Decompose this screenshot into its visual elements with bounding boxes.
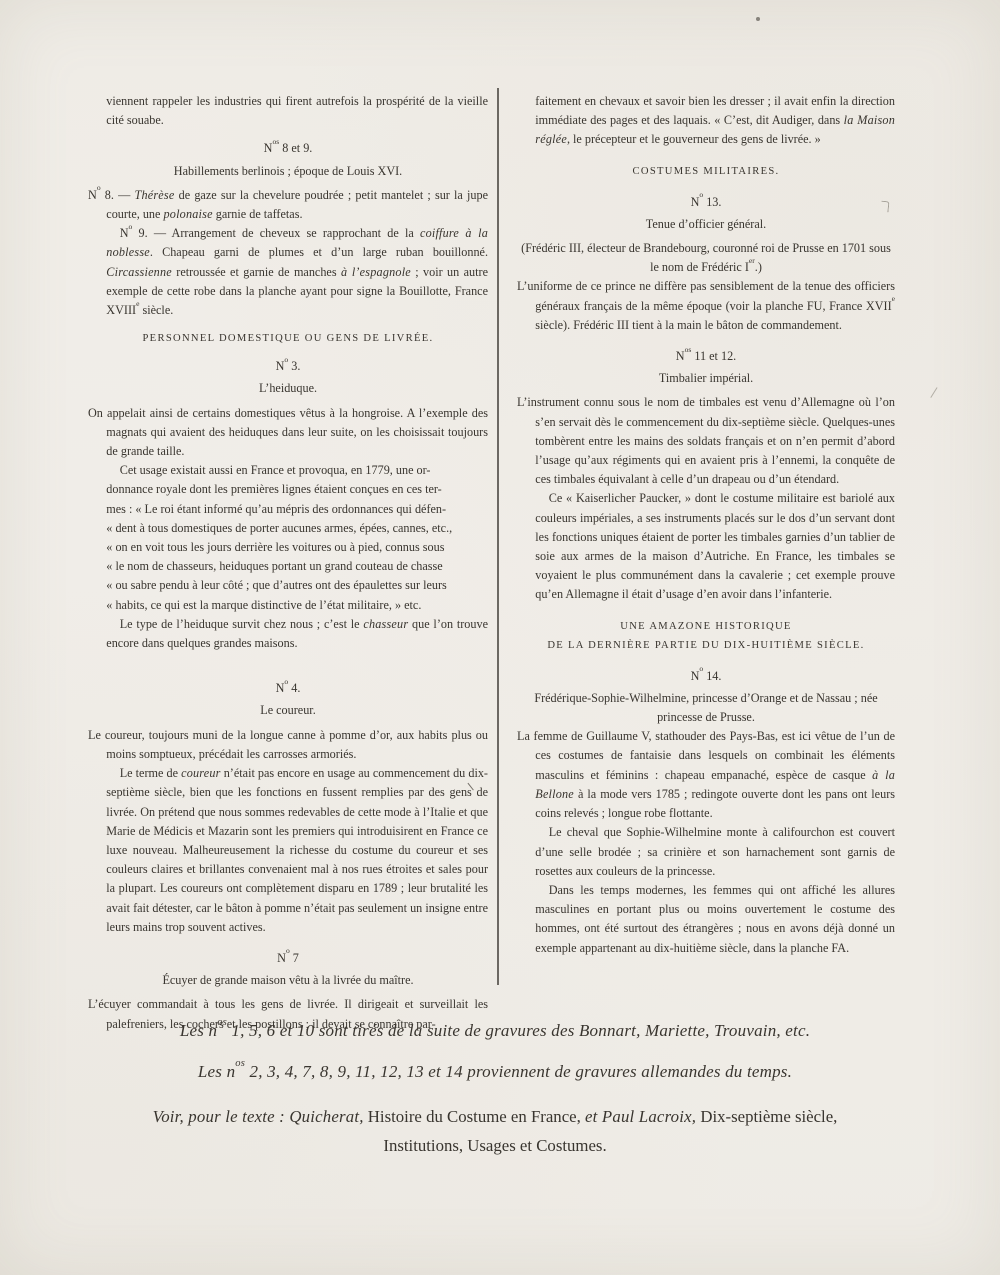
heading-nos-11-12: Nos 11 et 12. (517, 347, 895, 366)
footer-notes: Les nos 1, 5, 6 et 10 sont tirés de la s… (60, 1020, 930, 1160)
heading-nos-8-9: Nos 8 et 9. (88, 139, 488, 158)
subheading-frederique-sophie: Frédérique-Sophie-Wilhelmine, princesse … (517, 689, 895, 727)
heading-no-14: No 14. (517, 667, 895, 686)
note-sources-french: Les nos 1, 5, 6 et 10 sont tirés de la s… (60, 1020, 930, 1042)
heading-no-3: No 3. (88, 357, 488, 376)
para-heiduque-ordonnance: Cet usage existait aussi en France et pr… (88, 461, 488, 615)
scan-artifact-bracket-mark (880, 201, 889, 213)
note-sources-german: Les nos 2, 3, 4, 7, 8, 9, 11, 12, 13 et … (60, 1061, 930, 1083)
entry-no-9: No 9. — Arrangement de cheveux se rappro… (88, 224, 488, 320)
note-reference-texts: Voir, pour le texte : Quicherat, Histoir… (60, 1102, 930, 1160)
para-timbales-2: Ce « Kaiserlicher Paucker, » dont le cos… (517, 489, 895, 604)
heading-heiduque: L’heiduque. (88, 379, 488, 398)
para-coureur-1: Le coureur, toujours muni de la longue c… (88, 726, 488, 764)
paragraph-continuation-right: faitement en chevaux et savoir bien les … (517, 92, 895, 150)
heading-tenue-officier: Tenue d’officier général. (517, 215, 895, 234)
para-heiduque-1: On appelait ainsi de certains domestique… (88, 404, 488, 462)
right-column: faitement en chevaux et savoir bien les … (517, 92, 895, 958)
para-guillaume-v: La femme de Guillaume V, stathouder des … (517, 727, 895, 823)
column-divider-rule (497, 88, 499, 985)
heading-no-4: No 4. (88, 679, 488, 698)
heading-timbalier: Timbalier impérial. (517, 369, 895, 388)
document-page: viennent rappeler les industries qui fir… (0, 0, 1000, 1275)
heading-habillements-berlinois: Habillements berlinois ; époque de Louis… (88, 162, 488, 181)
entry-no-8: No 8. — Thérèse de gaze sur la chevelure… (88, 186, 488, 224)
heading-coureur: Le coureur. (88, 701, 488, 720)
heading-personnel-domestique: PERSONNEL DOMESTIQUE OU GENS DE LIVRÉE. (88, 329, 488, 348)
para-heiduque-type: Le type de l’heiduque survit chez nous ;… (88, 615, 488, 653)
scan-artifact-ink-dot (756, 17, 760, 21)
paragraph-continuation-left: viennent rappeler les industries qui fir… (88, 92, 488, 130)
para-uniforme: L’uniforme de ce prince ne diffère pas s… (517, 277, 895, 335)
heading-no-7: No 7 (88, 949, 488, 968)
subheading-frederic-iii: (Frédéric III, électeur de Brandebourg, … (517, 239, 895, 277)
heading-ecuyer: Écuyer de grande maison vêtu à la livrée… (88, 971, 488, 990)
para-cheval: Le cheval que Sophie-Wilhelmine monte à … (517, 823, 895, 881)
para-temps-modernes: Dans les temps modernes, les femmes qui … (517, 881, 895, 958)
scan-artifact-margin-mark (930, 387, 937, 398)
para-coureur-2: Le terme de coureur n’était pas encore e… (88, 764, 488, 937)
heading-costumes-militaires: COSTUMES MILITAIRES. (517, 162, 895, 181)
left-column: viennent rappeler les industries qui fir… (88, 92, 488, 1034)
para-timbales-1: L’instrument connu sous le nom de timbal… (517, 393, 895, 489)
heading-no-13: No 13. (517, 193, 895, 212)
heading-amazone-historique: UNE AMAZONE HISTORIQUEDE LA DERNIÈRE PAR… (517, 617, 895, 655)
